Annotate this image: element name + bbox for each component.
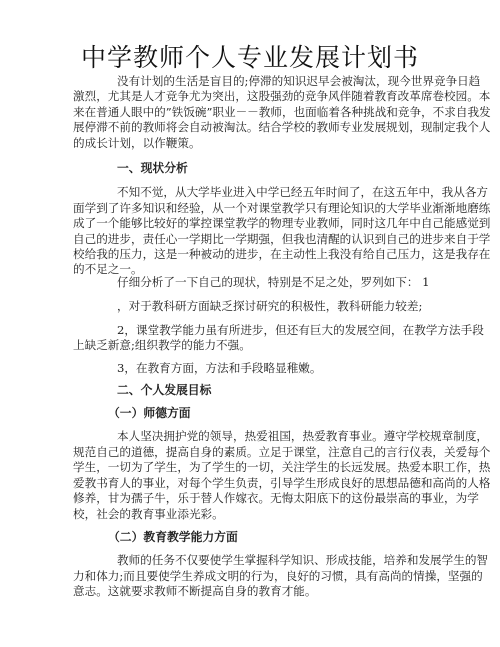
intro-line: 没有计划的生活是盲目的;停滞的知识迟早会被淘汰，现今世界竞争日趋 [117, 74, 429, 89]
subheading-teaching-ability: （二）教育教学能力方面 [108, 530, 238, 545]
paragraph-line: 成了一个能够比较好的掌控课堂教学的物理专业教师，同时这几年中自己能感觉到 [73, 216, 429, 231]
shortcoming-item-2: 上缺乏新意;组织教学的能力不强。 [73, 338, 429, 353]
section-heading-status-analysis: 一、现状分析 [117, 161, 188, 176]
paragraph-line: 意志。这就要求教师不断提高自身的教育才能。 [73, 584, 429, 599]
paragraph-line: 校，社会的教育事业添光彩。 [73, 507, 429, 522]
paragraph-line: 教师的任务不仅要使学生掌握科学知识、形成技能，培养和发展学生的智 [117, 553, 429, 568]
intro-line: 展停滞不前的教师将会自动被淘汰。结合学校的教师专业发展规划，现制定我个人 [73, 120, 429, 135]
intro-line: 激烈，尤其是人才竞争尤为突出，这股强劲的竞争风伴随着教育改革席卷校园。本 [73, 89, 429, 104]
shortcoming-item-1: ，对于教科研方面缺乏探讨研究的积极性，教科研能力较差; [117, 299, 429, 314]
paragraph-line: 校给我的压力，这是一种被动的进步，在主动性上我没有给自己压力，这是我存在 [73, 247, 429, 262]
paragraph-line: 规范自己的道德，提高自身的素质。立足于课堂，注意自己的言行仪表，关爱每个 [73, 445, 429, 460]
paragraph-line: 面学到了许多知识和经验，从一个对课堂教学只有理论知识的大学毕业渐渐地磨练 [73, 201, 429, 216]
paragraph-line: 自己的进步，责任心一学期比一学期强，但我也清醒的认识到自己的进步来自于学 [73, 232, 429, 247]
shortcomings-intro: 仔细分析了一下自己的现状，特别是不足之处，罗列如下： 1 [117, 275, 429, 290]
paragraph-line: 力和体力;而且要使学生养成文明的行为，良好的习惯，具有高尚的情操，坚强的 [73, 569, 429, 584]
shortcoming-item-3: 3，在教育方面，方法和手段略显稚嫩。 [117, 361, 429, 376]
paragraph-line: 修养，甘为孺子牛，乐于替人作嫁衣。无悔太阳底下的这份最崇高的事业，为学 [73, 491, 429, 506]
paragraph-line: 爱教书育人的事业，对每个学生负责，引导学生形成良好的思想品德和高尚的人格 [73, 476, 429, 491]
paragraph-line: 不知不觉，从大学毕业进入中学已经五年时间了，在这五年中，我从各方 [117, 185, 429, 200]
subheading-ethics: （一）师德方面 [108, 406, 191, 421]
shortcoming-item-2: 2，课堂教学能力虽有所进步，但还有巨大的发展空间，在教学方法手段 [117, 323, 429, 338]
section-heading-development-goals: 二、个人发展目标 [117, 383, 211, 398]
document-title: 中学教师个人专业发展计划书 [0, 38, 500, 74]
intro-line: 的成长计划，以作鞭策。 [73, 136, 429, 151]
intro-line: 来在普通人眼中的”铁饭碗”职业－－教师，也面临着各种挑战和竞争，不求自我发 [73, 105, 429, 120]
paragraph-line: 本人坚决拥护党的领导，热爱祖国，热爱教育事业。遵守学校规章制度， [117, 429, 429, 444]
paragraph-line: 学生，一切为了学生，为了学生的一切，关注学生的长远发展。热爱本职工作，热 [73, 460, 429, 475]
